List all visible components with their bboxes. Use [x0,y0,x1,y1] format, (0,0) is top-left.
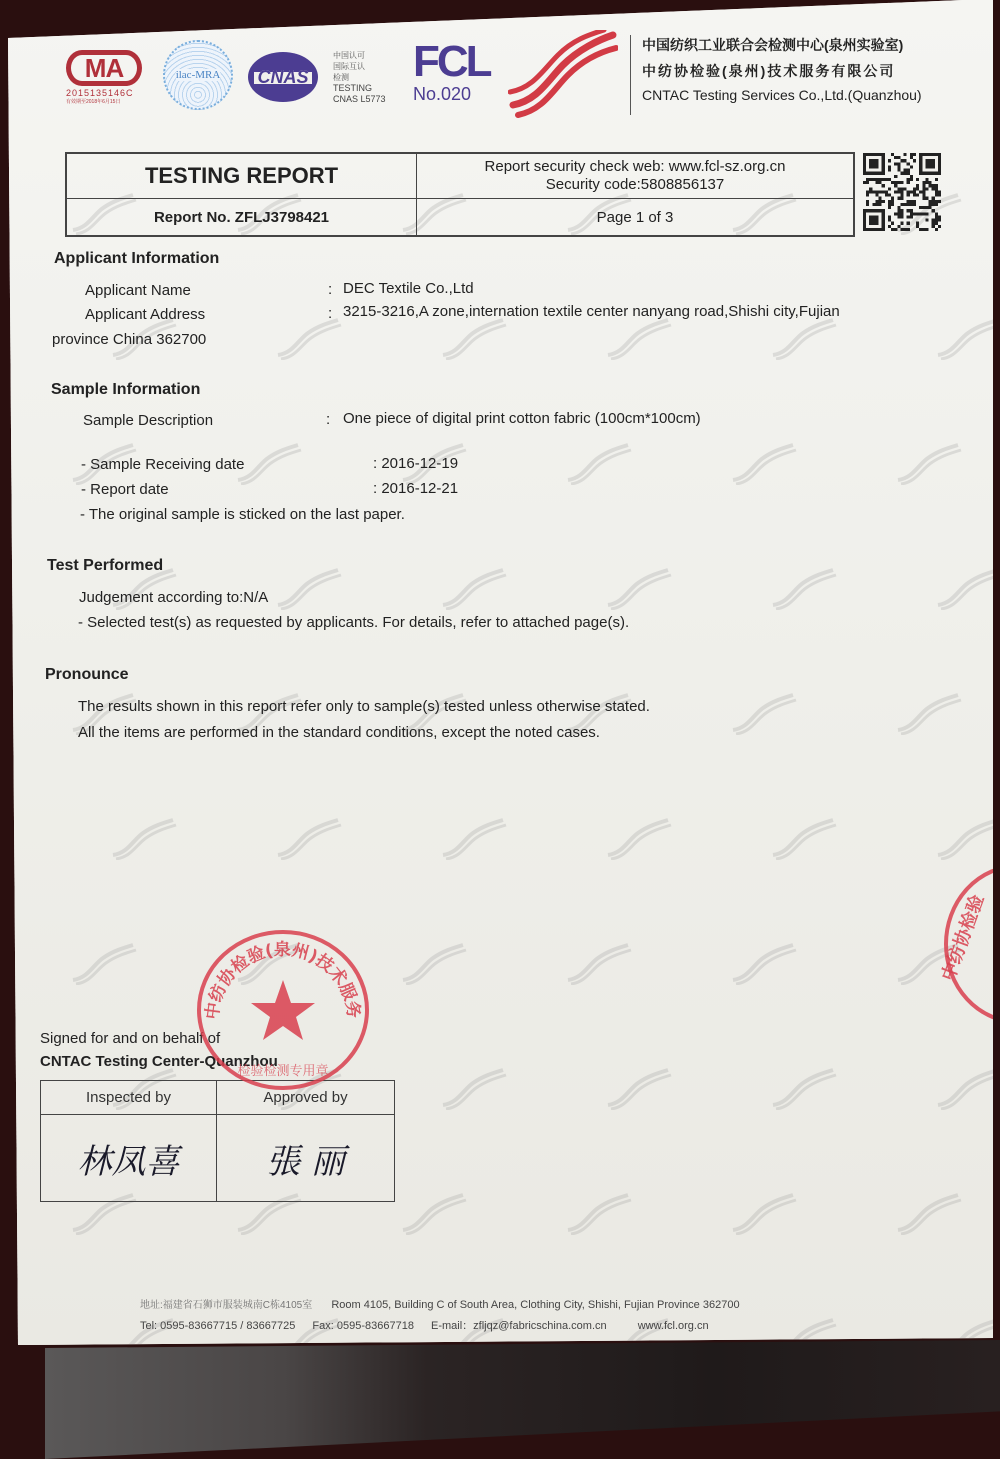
sample-description-label: Sample Description [83,412,213,429]
watermark-icon [933,315,1000,360]
watermark-icon [438,565,508,610]
inspected-by-label: Inspected by [41,1081,217,1115]
watermark-icon [893,440,963,485]
cma-number: 2015135146C [66,88,146,98]
watermark-icon [933,815,1000,860]
report-title-table: TESTING REPORT Report security check web… [65,152,855,237]
watermark-icon [438,1065,508,1110]
cnas-logo-text: CNAS [256,67,309,88]
fcl-number: No.020 [413,84,488,104]
colon: : [326,411,330,428]
watermark-icon [273,815,343,860]
watermark-icon [893,690,963,735]
watermark-icon [893,1190,963,1235]
cnas-line: 中国认可 [333,50,386,61]
watermark-icon [563,440,633,485]
cnas-line: TESTING [333,83,386,94]
company-name-zh-1: 中国纺织工业联合会检测中心(泉州实验室) [642,35,922,55]
receiving-date-label: - Sample Receiving date [81,456,244,473]
watermark-icon [563,1190,633,1235]
qr-code-icon [860,153,944,231]
pronounce-line-2: All the items are performed in the stand… [78,724,600,741]
report-date-value: : 2016-12-21 [373,480,458,497]
official-stamp-icon: 中纺协检验(泉州)技术服务有限公司 检验检测专用章 [193,925,373,1090]
report-date-label: - Report date [81,481,169,498]
watermark-icon [603,315,673,360]
watermark-icon [728,440,798,485]
applicant-name-value: DEC Textile Co.,Ltd [343,280,474,297]
cnas-logo: CNAS [248,52,318,102]
colon: : [328,305,332,322]
watermark-icon [68,940,138,985]
pronounce-heading: Pronounce [45,666,129,684]
sample-heading: Sample Information [51,381,200,399]
watermark-icon [728,690,798,735]
watermark-icon [398,1190,468,1235]
fcl-logo: FCL No.020 [413,40,488,115]
footer-email[interactable]: E-mail：zfljqz@fabricschina.com.cn [431,1320,607,1332]
approver-signature: 張 丽 [266,1134,345,1183]
watermark-icon [933,1065,1000,1110]
watermark-icon [398,940,468,985]
cnas-line: CNAS L5773 [333,94,386,105]
cnas-line: 国际互认 [333,61,386,72]
footer-fax: Fax: 0595-83667718 [312,1320,414,1332]
ilac-mra-logo: ilac-MRA [163,40,233,110]
footer: 地址:福建省石狮市服装城南C栋4105室 Room 4105, Building… [140,1296,740,1339]
watermark-icon [273,315,343,360]
cma-logo: MA 2015135146C 有效期至2018年6月15日 [66,50,146,110]
watermark-icon [563,940,633,985]
applicant-address-cont: province China 362700 [52,331,206,348]
fcl-logo-text: FCL [413,40,488,84]
inspector-signature: 林凤喜 [78,1134,180,1183]
sample-note: - The original sample is sticked on the … [80,506,405,523]
footer-website-link[interactable]: www.fcl.org.cn [638,1320,709,1332]
footer-address-en: Room 4105, Building C of South Area, Clo… [331,1299,739,1311]
cma-logo-text: MA [85,53,123,84]
applicant-address-value: 3215-3216,A zone,internation textile cen… [343,303,840,320]
applicant-heading: Applicant Information [54,250,219,268]
background-surface [45,1340,1000,1459]
company-name-block: 中国纺织工业联合会检测中心(泉州实验室) 中纺协检验(泉州)技术服务有限公司 C… [642,35,922,103]
judgement-text: Judgement according to:N/A [79,589,268,606]
watermark-icon [438,815,508,860]
footer-address-zh: 地址:福建省石狮市服装城南C栋4105室 [140,1300,312,1311]
receiving-date-value: : 2016-12-19 [373,455,458,472]
watermark-icon [728,1190,798,1235]
report-page: MA 2015135146C 有效期至2018年6月15日 ilac-MRA C… [8,0,993,1345]
page-indicator: Page 1 of 3 [417,199,853,235]
applicant-address-label: Applicant Address [85,306,205,323]
security-code: Security code:5808856137 [546,176,724,194]
watermark-icon [438,315,508,360]
watermark-icon [768,315,838,360]
applicant-name-label: Applicant Name [85,282,191,299]
watermark-icon [603,565,673,610]
sample-description-value: One piece of digital print cotton fabric… [343,410,701,427]
cntac-wave-logo-icon [508,30,618,120]
security-info: Report security check web: www.fcl-sz.or… [417,154,853,199]
header-divider [630,35,631,115]
test-heading: Test Performed [47,557,163,575]
watermark-icon [728,940,798,985]
edge-stamp-icon: 中纺协检验 [938,862,1000,1027]
selected-tests-text: - Selected test(s) as requested by appli… [78,614,629,631]
footer-tel: Tel: 0595-83667715 / 83667725 [140,1320,295,1332]
ilac-mra-text: ilac-MRA [176,69,221,81]
watermark-icon [603,815,673,860]
watermark-icon [768,1065,838,1110]
cnas-testing-mark: 中国认可 国际互认 检测 TESTING CNAS L5773 [333,50,386,105]
company-name-en: CNTAC Testing Services Co.,Ltd.(Quanzhou… [642,87,922,103]
signature-table: Inspected by Approved by 林凤喜 張 丽 [40,1080,395,1202]
watermark-icon [108,815,178,860]
report-title: TESTING REPORT [67,154,417,199]
pronounce-line-1: The results shown in this report refer o… [78,698,650,715]
cnas-line: 检测 [333,72,386,83]
colon: : [328,281,332,298]
watermark-icon [933,565,1000,610]
security-web: Report security check web: www.fcl-sz.or… [485,158,786,176]
cma-note: 有效期至2018年6月15日 [66,98,146,105]
watermark-icon [603,1065,673,1110]
company-name-zh-2: 中纺协检验(泉州)技术服务有限公司 [642,61,922,81]
watermark-icon [768,815,838,860]
report-number: Report No. ZFLJ3798421 [67,199,417,235]
watermark-icon [273,565,343,610]
svg-text:检验检测专用章: 检验检测专用章 [237,1063,328,1079]
watermark-icon [768,565,838,610]
